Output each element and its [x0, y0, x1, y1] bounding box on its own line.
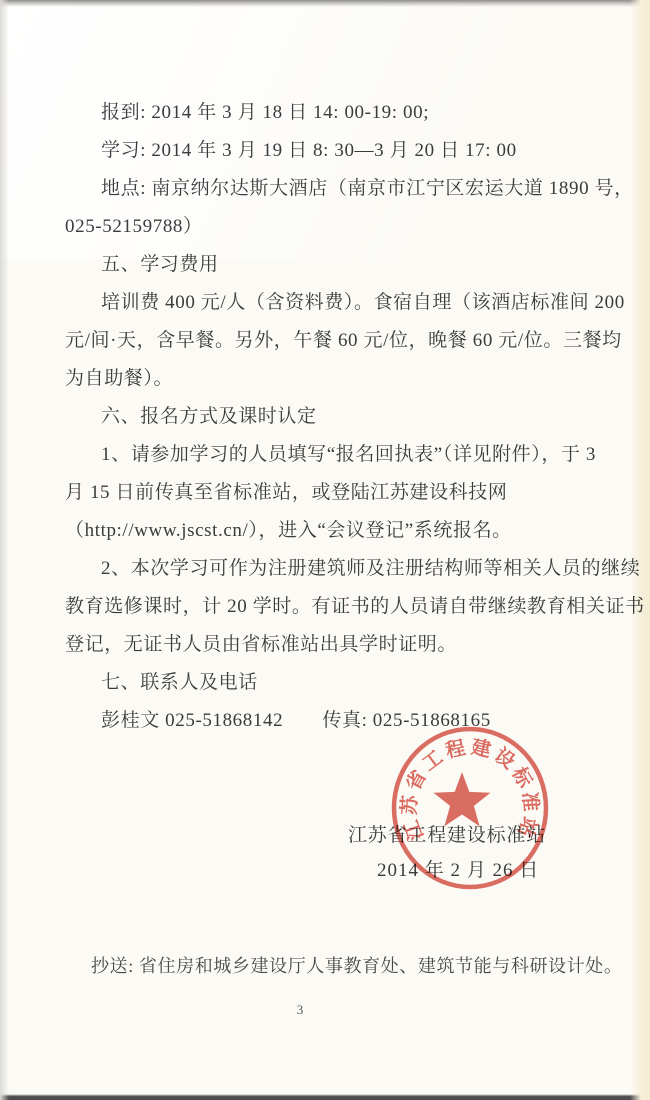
document-line: 元/间·天，含早餐。另外，午餐 60 元/位，晚餐 60 元/位。三餐均	[65, 329, 625, 353]
document-line: 彭桂文 025-51868142 传真: 025-51868165	[101, 709, 650, 733]
document-line: 报到: 2014 年 3 月 18 日 14: 00-19: 00;	[101, 101, 650, 125]
document-line: 地点: 南京纳尔达斯大酒店（南京市江宁区宏运大道 1890 号，	[101, 177, 650, 201]
scan-edge-top	[0, 0, 650, 7]
document-line: 月 15 日前传真至省标准站，或登陆江苏建设科技网	[65, 481, 625, 505]
scan-edge-bottom	[0, 1094, 650, 1100]
document-line: 培训费 400 元/人（含资料费）。食宿自理（该酒店标准间 200	[101, 291, 650, 315]
document-line: 六、报名方式及课时认定	[101, 405, 650, 429]
official-seal: 江苏省工程建设标准站	[388, 724, 554, 894]
document-line: （http://www.jscst.cn/），进入“会议登记”系统报名。	[65, 519, 625, 543]
scan-edge-left	[0, 0, 9, 1100]
document-line: 为自助餐）。	[65, 367, 625, 391]
document-line: 学习: 2014 年 3 月 19 日 8: 30—3 月 20 日 17: 0…	[101, 139, 650, 163]
scanned-page: 报到: 2014 年 3 月 18 日 14: 00-19: 00;学习: 20…	[0, 0, 650, 1100]
document-line: 025-52159788）	[65, 215, 625, 239]
scan-edge-right	[630, 0, 650, 1100]
cc-line: 抄送: 省住房和城乡建设厅人事教育处、建筑节能与科研设计处。	[91, 952, 623, 978]
document-line: 2、本次学习可作为注册建筑师及注册结构师等相关人员的继续	[101, 557, 650, 581]
document-line: 登记，无证书人员由省标准站出具学时证明。	[65, 633, 625, 657]
document-line: 教育选修课时，计 20 学时。有证书的人员请自带继续教育相关证书	[65, 595, 625, 619]
seal-star	[434, 772, 491, 826]
document-line: 五、学习费用	[101, 253, 650, 277]
document-line: 1、请参加学习的人员填写“报名回执表”（详见附件），于 3	[101, 443, 650, 467]
page-number: 3	[0, 1002, 600, 1018]
document-line: 七、联系人及电话	[101, 671, 650, 695]
